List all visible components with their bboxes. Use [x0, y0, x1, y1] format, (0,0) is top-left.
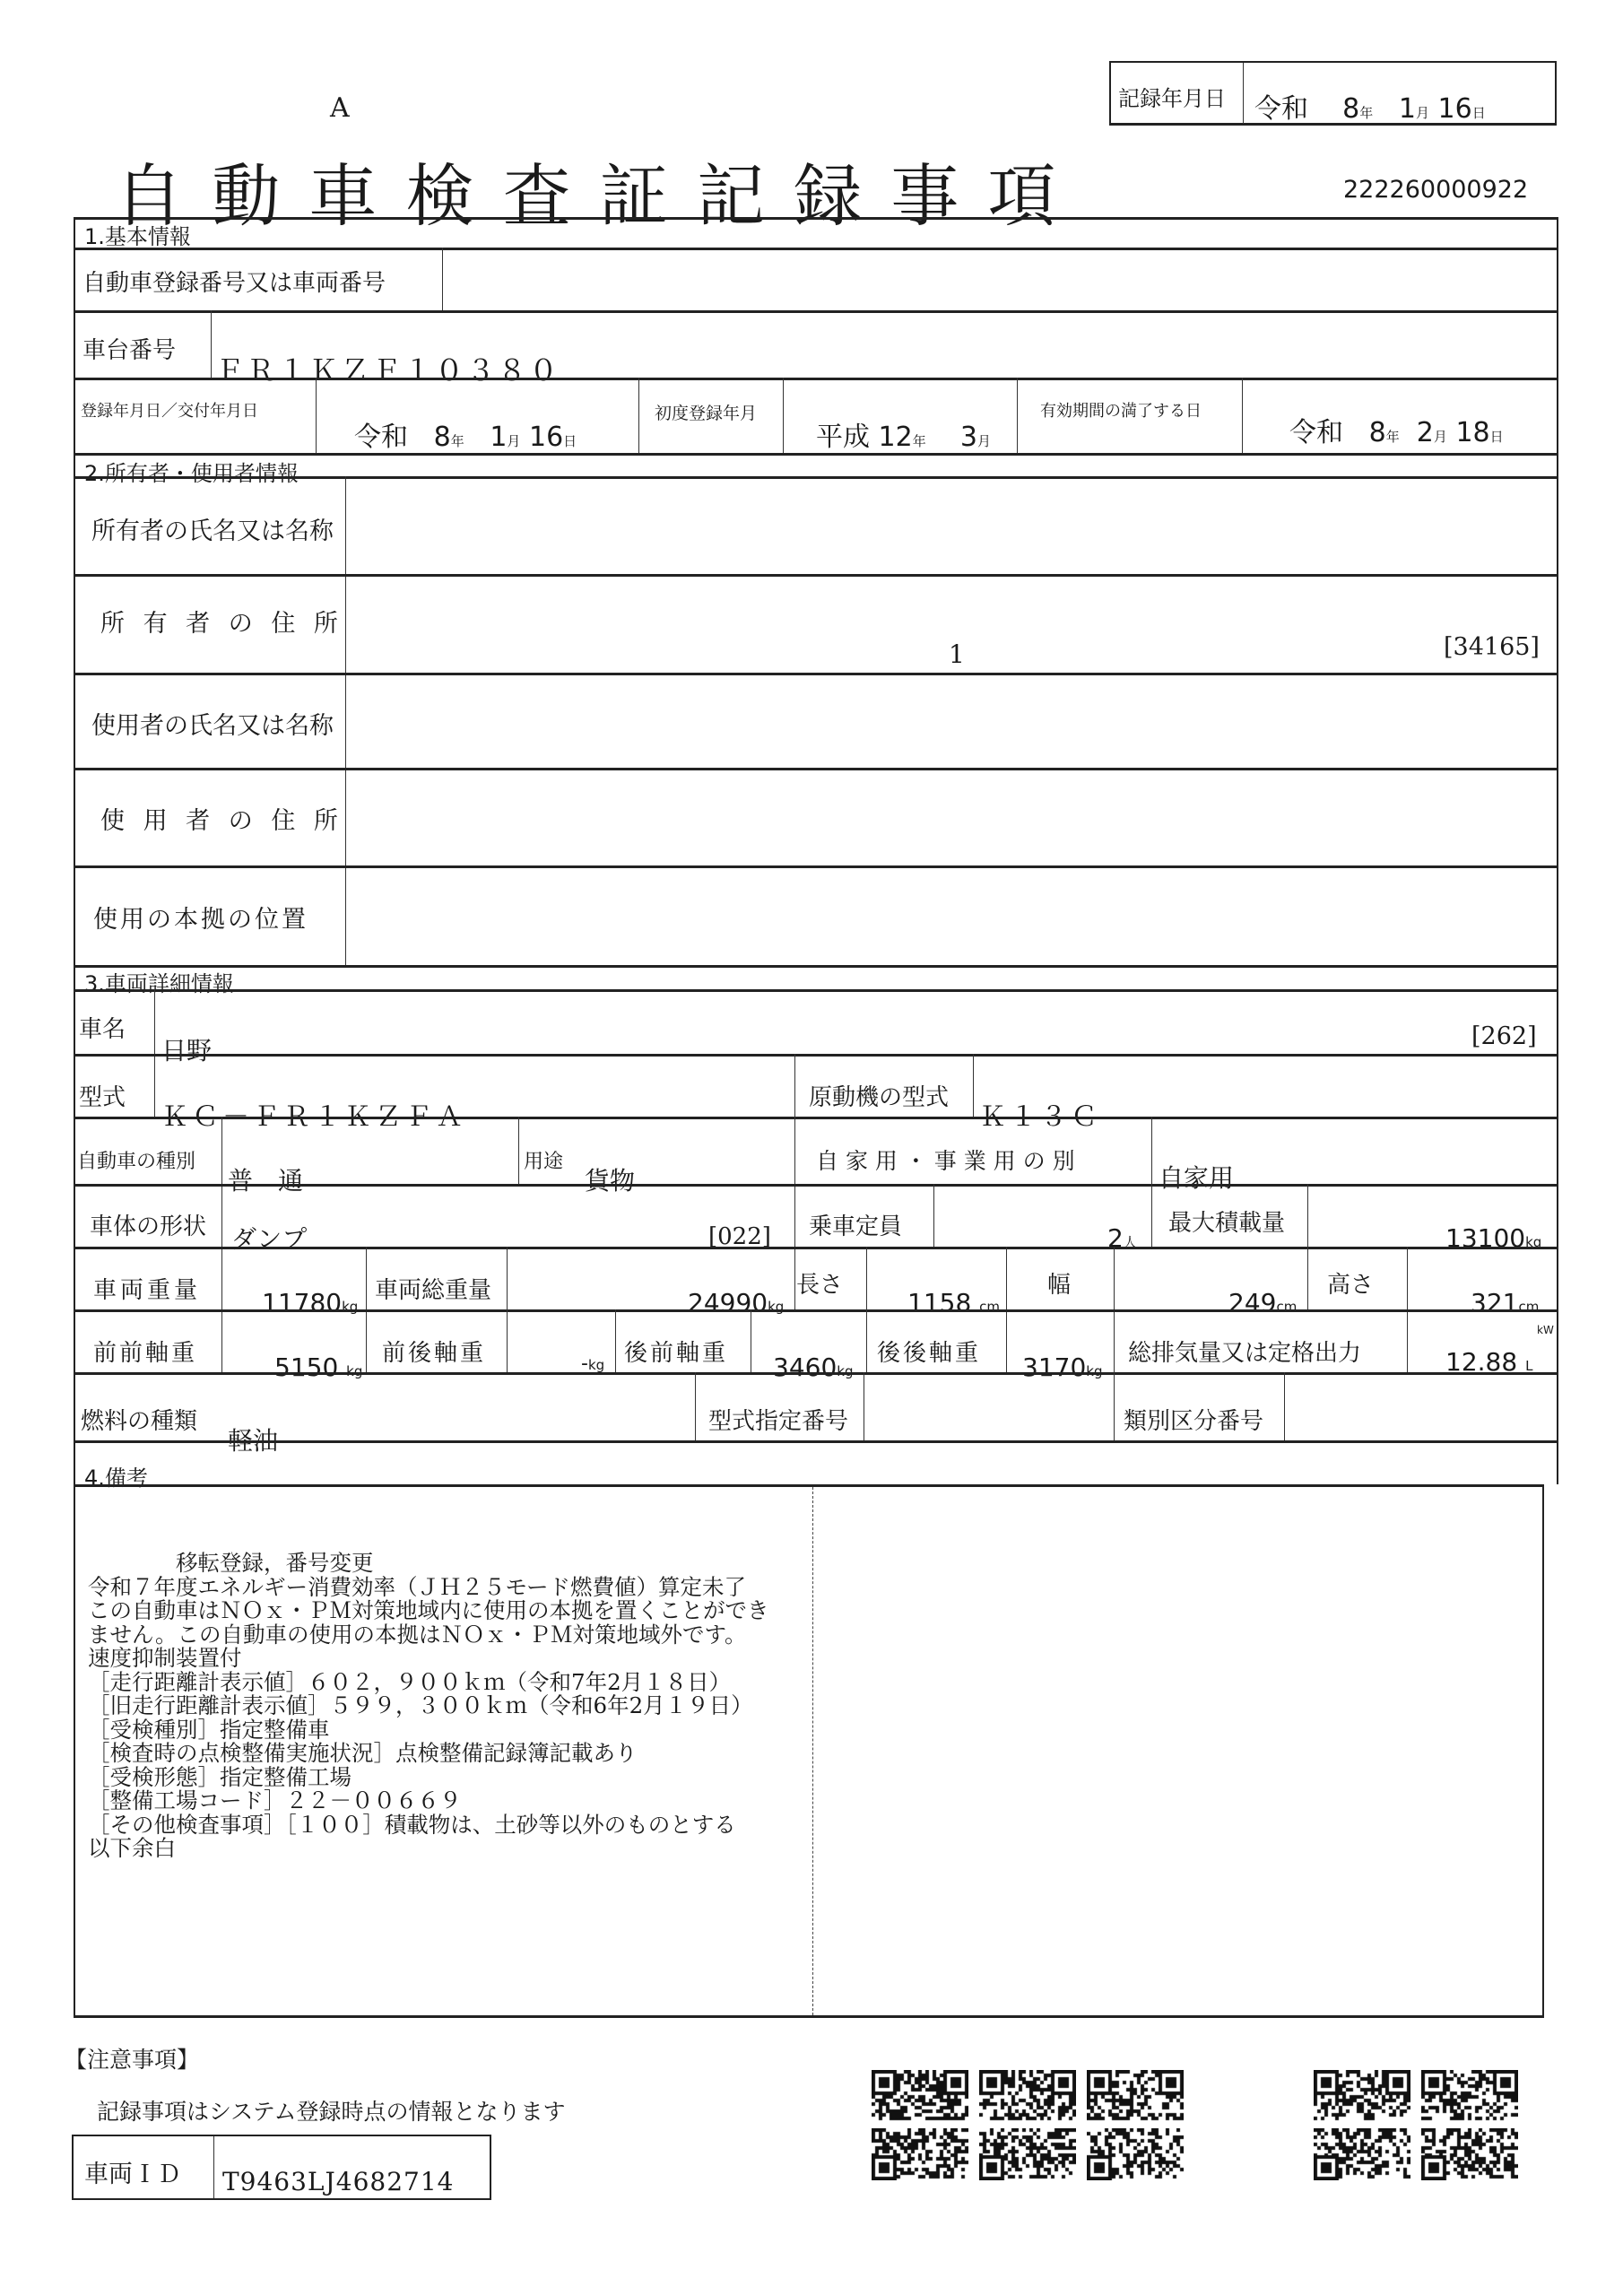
owner-address-label: 所 有 者 の 住 所	[100, 604, 343, 639]
owner-name-label: 所有者の氏名又は名称	[91, 511, 334, 546]
maker-code: [262]	[1471, 1022, 1537, 1050]
user-address-label: 使 用 者 の 住 所	[100, 801, 343, 836]
remarks-line: ［受検種別］指定整備車	[88, 1718, 769, 1743]
chassis-number-label: 車台番号	[82, 332, 176, 365]
height-label: 高さ	[1327, 1266, 1374, 1300]
body-shape: ダンプ	[231, 1220, 307, 1256]
height: 321cm	[1471, 1288, 1539, 1318]
vehicle-class: 普 通	[228, 1161, 303, 1197]
gross-weight: 24990kg	[688, 1288, 784, 1318]
notice-text: 記録事項はシステム登録時点の情報となります	[97, 2094, 566, 2126]
owner-address-code: [34165]	[1444, 633, 1540, 661]
section-basic-info-title: 1.基本情報	[84, 219, 191, 250]
vehicle-class-label: 自動車の種別	[77, 1146, 195, 1174]
document-number: 222260000922	[1343, 176, 1528, 204]
remarks-line: ［整備工場コード］２２－００６６９	[88, 1789, 769, 1813]
fuel: 軽油	[228, 1422, 278, 1457]
engine-model-label: 原動機の型式	[809, 1079, 949, 1112]
displacement-unit-kw: kW	[1537, 1324, 1554, 1336]
form-mark: A	[330, 92, 350, 124]
expiry-date: 令和 8年 2月 18日	[1289, 410, 1504, 449]
capacity-label: 乗車定員	[809, 1208, 902, 1241]
maker-label: 車名	[79, 1011, 126, 1044]
chassis-number: ＦＲ１ＫＺＦ１０３８０	[215, 348, 560, 389]
qr-code-icon	[979, 2070, 1076, 2122]
vehicle-id-box: 車両ＩＤ T9463LJ4682714	[72, 2135, 491, 2200]
notice-title: 【注意事項】	[65, 2042, 199, 2074]
vehicle-weight: 11780kg	[262, 1288, 358, 1318]
qr-code-icon	[1421, 2070, 1518, 2122]
body-shape-label: 車体の形状	[90, 1208, 206, 1241]
section-owner-user-title: 2.所有者・使用者情報	[84, 456, 299, 487]
registration-number-label: 自動車登録番号又は車両番号	[82, 265, 386, 298]
record-date: 令和 8年 1月 16日	[1254, 86, 1486, 126]
type-designation-label: 型式指定番号	[708, 1403, 848, 1436]
remarks-line: この自動車はＮＯｘ・ＰＭ対策地域内に使用の本拠を置くことができ	[88, 1599, 769, 1623]
base-location-label: 使用の本拠の位置	[93, 900, 308, 935]
remarks-line: ［走行距離計表示値］６０２，９００ｋｍ（令和7年2月１８日）	[88, 1671, 769, 1695]
remarks-line: ［旧走行距離計表示値］５９９，３００ｋｍ（令和6年2月１９日）	[88, 1694, 769, 1718]
remarks-line: 速度抑制装置付	[88, 1647, 769, 1671]
gross-weight-label: 車両総重量	[375, 1272, 491, 1305]
qr-code-icon	[1087, 2128, 1184, 2180]
width-label: 幅	[1047, 1266, 1071, 1300]
remarks-line: 移転登録，番号変更	[88, 1552, 769, 1576]
private-business-label: 自 家 用 ・ 事 業 用 の 別	[816, 1144, 1075, 1176]
remarks-line: ません。この自動車の使用の本拠はＮＯｘ・ＰＭ対策地域外です。	[88, 1623, 769, 1648]
record-date-box: 記録年月日 令和 8年 1月 16日	[1109, 61, 1557, 126]
owner-address: 1	[949, 639, 965, 669]
length-label: 長さ	[796, 1266, 843, 1300]
first-registration: 平成 12年 3月	[816, 414, 991, 454]
qr-code-icon	[979, 2128, 1076, 2180]
qr-code-icon	[1314, 2070, 1410, 2122]
section-vehicle-details-title: 3.車両詳細情報	[84, 966, 234, 997]
displacement-label: 総排気量又は定格出力	[1128, 1335, 1361, 1368]
fuel-label: 燃料の種類	[81, 1403, 197, 1436]
record-date-label: 記録年月日	[1118, 81, 1226, 112]
usage: 貨物	[585, 1161, 635, 1197]
length: 1158 cm	[907, 1288, 1000, 1318]
issue-date: 令和 8年 1月 16日	[354, 414, 577, 454]
category-label: 類別区分番号	[1124, 1403, 1263, 1436]
first-registration-label: 初度登録年月	[655, 400, 757, 424]
qr-code-icon	[1087, 2070, 1184, 2122]
model-label: 型式	[79, 1079, 126, 1112]
ff-axle-label: 前前軸重	[93, 1335, 197, 1368]
remarks-line: 以下余白	[88, 1837, 769, 1861]
remarks-text: 移転登録，番号変更令和７年度エネルギー消費効率（ＪＨ２５モード燃費値）算定未了こ…	[88, 1504, 769, 1884]
private-business: 自家用	[1159, 1159, 1234, 1195]
qr-code-icon	[872, 2070, 968, 2122]
fr-axle-label: 前後軸重	[382, 1335, 486, 1368]
remarks-line: ［その他検査事項］［１００］積載物は、土砂等以外のものとする	[88, 1813, 769, 1838]
vehicle-id-label: 車両ＩＤ	[84, 2154, 181, 2189]
rr-axle: 3170kg	[1022, 1352, 1102, 1382]
qr-code-icon	[1314, 2128, 1410, 2180]
max-load-label: 最大積載量	[1168, 1205, 1285, 1238]
remarks-line: ［受検形態］指定整備工場	[88, 1766, 769, 1790]
model: ＫＣ－ＦＲ１ＫＺＦＡ	[161, 1094, 466, 1134]
maker: 日野	[161, 1031, 212, 1067]
vehicle-weight-label: 車両重量	[93, 1272, 201, 1305]
rr-axle-label: 後後軸重	[877, 1335, 981, 1368]
remarks-column-divider	[812, 1487, 813, 2015]
width: 249cm	[1228, 1288, 1297, 1318]
ff-axle: 5150 kg	[274, 1352, 362, 1382]
issue-date-label: 登録年月日／交付年月日	[81, 398, 258, 422]
qr-code-icon	[872, 2128, 968, 2180]
usage-label: 用途	[524, 1146, 563, 1174]
vehicle-id: T9463LJ4682714	[222, 2167, 454, 2196]
expiry-label: 有効期間の満了する日	[1040, 398, 1202, 422]
qr-code-icon	[1421, 2128, 1518, 2180]
remarks-line: 令和７年度エネルギー消費効率（ＪＨ２５モード燃費値）算定未了	[88, 1576, 769, 1600]
user-name-label: 使用者の氏名又は名称	[91, 706, 334, 741]
rf-axle-label: 後前軸重	[624, 1335, 728, 1368]
rf-axle: 3460kg	[773, 1352, 853, 1382]
engine-model: Ｋ１３Ｃ	[979, 1094, 1101, 1134]
remarks-line: ［検査時の点検整備実施状況］点検整備記録簿記載あり	[88, 1742, 769, 1766]
